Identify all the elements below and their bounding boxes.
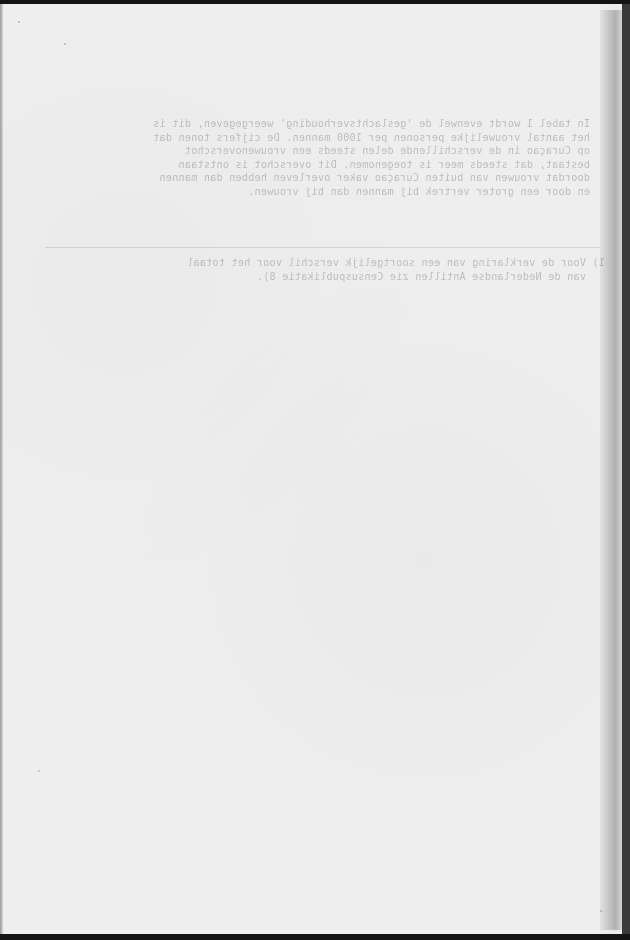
bleed-line: bestaat, dat steeds meer is toegenomen. … (30, 159, 590, 173)
scan-right-border (622, 4, 630, 934)
paper-speck (38, 770, 40, 772)
paper-speck (600, 910, 602, 912)
bleed-line: op Curaçao in de verschillende delen ste… (30, 145, 590, 159)
paper-speck (18, 21, 20, 23)
bleed-through-paragraph: In tabel 1 wordt evenwel de 'geslachtsve… (30, 118, 590, 199)
bleed-line: In tabel 1 wordt evenwel de 'geslachtsve… (30, 118, 590, 132)
scanned-page: In tabel 1 wordt evenwel de 'geslachtsve… (0, 0, 630, 940)
footnote-line: 1) Voor de verklaring van een soortgelij… (50, 257, 605, 271)
page-binding-shadow (600, 10, 622, 930)
bleed-through-footnote: 1) Voor de verklaring van een soortgelij… (50, 257, 605, 284)
bleed-through-footnote-rule (45, 247, 600, 248)
bleed-line: het aantal vrouwelijke personen per 1000… (30, 132, 590, 146)
footnote-line: van de Nederlandse Antillen zie Censuspu… (50, 271, 605, 285)
bleed-line: en door een groter vertrek bij mannen da… (30, 186, 590, 200)
paper-speck (64, 43, 66, 45)
bleed-line: doordat vrouwen van buiten Curaçao vaker… (30, 172, 590, 186)
scan-bottom-border (0, 934, 630, 940)
